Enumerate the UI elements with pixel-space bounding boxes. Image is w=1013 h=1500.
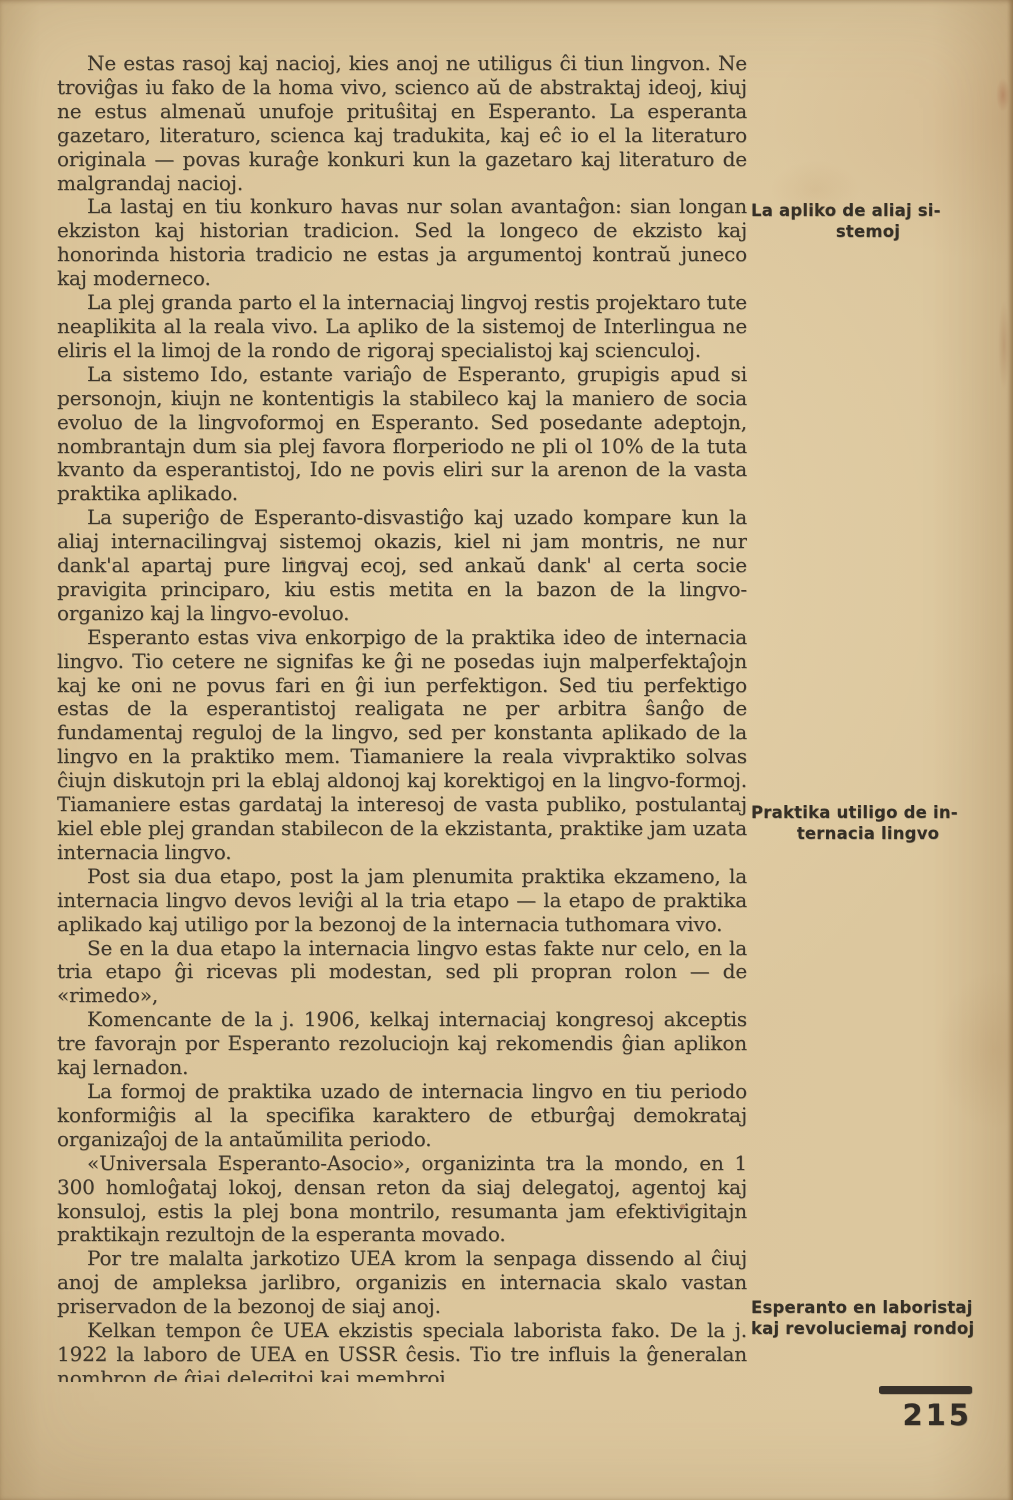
page-number-block: 215 <box>879 1386 972 1432</box>
paragraph-12: Por tre malalta jarkotizo UEA krom la se… <box>57 1247 747 1319</box>
paragraph-13: Kelkan tempon ĉe UEA ekzistis speciala l… <box>57 1319 747 1382</box>
margin-note-apliko-de-aliaj-sistemoj: La apliko de aliaj si- stemoj <box>751 200 985 242</box>
paragraph-8: Se en la dua etapo la internacia lingvo … <box>57 937 747 1009</box>
scanned-book-page: Ne estas rasoj kaj nacioj, kies anoj ne … <box>0 0 1013 1500</box>
margin-note-line: ternacia lingvo <box>751 823 985 844</box>
page-number-rule <box>879 1386 972 1394</box>
paragraph-5: La superiĝo de Esperanto-disvastiĝo kaj … <box>57 506 747 626</box>
margin-note-line: stemoj <box>751 221 985 242</box>
paragraph-11: «Universala Esperanto-Asocio», organizin… <box>57 1152 747 1248</box>
page-number: 215 <box>879 1398 972 1432</box>
margin-note-line: Esperanto en laboristaj <box>751 1298 973 1317</box>
paragraph-9: Komencante de la j. 1906, kelkaj interna… <box>57 1008 747 1080</box>
paragraph-4: La sistemo Ido, estante variaĵo de Esper… <box>57 363 747 506</box>
paragraph-7: Post sia dua etapo, post la jam plenumit… <box>57 865 747 937</box>
margin-note-praktika-utiligo: Praktika utiligo de in- ternacia lingvo <box>751 802 985 844</box>
paper-stain <box>935 970 1013 1130</box>
paper-stain <box>998 300 1010 390</box>
paper-stain <box>996 78 1010 112</box>
paragraph-1: Ne estas rasoj kaj nacioj, kies anoj ne … <box>57 52 747 195</box>
paragraph-3: La plej granda parto el la internaciaj l… <box>57 291 747 363</box>
margin-note-line: La apliko de aliaj si- <box>751 201 941 220</box>
paragraph-10: La formoj de praktika uzado de internaci… <box>57 1080 747 1152</box>
margin-note-line: kaj revoluciemaj rondoj <box>751 1318 985 1339</box>
paragraph-6: Esperanto estas viva enkorpigo de la pra… <box>57 626 747 865</box>
paragraph-2: La lastaj en tiu konkuro havas nur solan… <box>57 195 747 291</box>
margin-note-esperanto-en-laboristaj: Esperanto en laboristaj kaj revoluciemaj… <box>751 1297 985 1339</box>
body-text-column: Ne estas rasoj kaj nacioj, kies anoj ne … <box>57 52 747 1382</box>
margin-note-line: Praktika utiligo de in- <box>751 803 958 822</box>
